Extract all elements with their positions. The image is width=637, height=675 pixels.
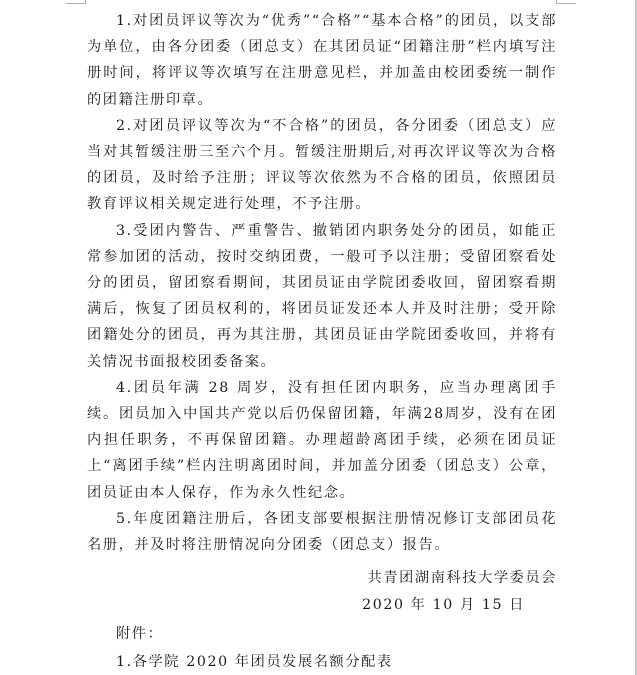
signature-date: 2020 年 10 月 15 日 (362, 594, 525, 614)
margin-corner-mark-top-left (66, 0, 86, 4)
document-page: 1.对团员评议等次为“优秀”“合格”“基本合格”的团员，以支部为单位，由各分团委… (0, 0, 635, 675)
paragraph-4: 4.团员年满 28 周岁，没有担任团内职务，应当办理离团手续。团员加入中国共产党… (87, 375, 557, 506)
paragraph-5: 5.年度团籍注册后，各团支部要根据注册情况修订支部团员花名册，并及时将注册情况向… (87, 506, 557, 558)
signature-organization: 共青团湖南科技大学委员会 (368, 567, 557, 587)
paragraph-1: 1.对团员评议等次为“优秀”“合格”“基本合格”的团员，以支部为单位，由各分团委… (87, 8, 557, 113)
attachments-label: 附件： (116, 623, 163, 643)
paragraph-3: 3.受团内警告、严重警告、撤销团内职务处分的团员，如能正常参加团的活动，按时交纳… (87, 218, 557, 375)
margin-corner-mark-top-right (556, 0, 576, 4)
attachment-item: 1.各学院 2020 年团员发展名额分配表 (116, 651, 393, 671)
document-body: 1.对团员评议等次为“优秀”“合格”“基本合格”的团员，以支部为单位，由各分团委… (87, 8, 557, 558)
paragraph-2: 2.对团员评议等次为“不合格”的团员，各分团委（团总支）应当对其暂缓注册三至六个… (87, 113, 557, 218)
